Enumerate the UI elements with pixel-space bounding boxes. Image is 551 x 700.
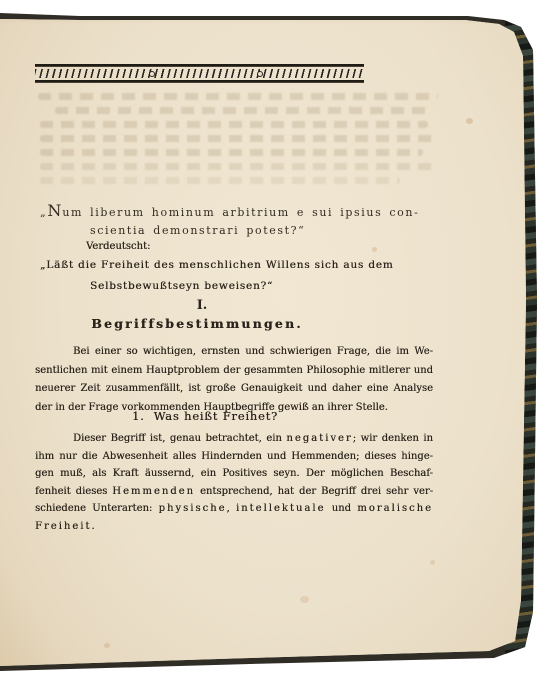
epigraph-latin-line1: „Num liberum hominum arbitrium e sui ips… [40,201,419,220]
ornament-rule-top [35,64,364,67]
line-text: Dieser Begriff ist, genau betrachtet, ei… [73,433,286,444]
foxing-spot [430,560,435,565]
subsection-number: 1. [132,409,145,423]
body-line: Freiheit. [35,518,433,536]
emphasis-text: intellektuale [236,503,326,514]
body-line: Dieser Begriff ist, genau betrachtet, ei… [35,430,433,448]
body-line: sentlichen mit einem Hauptproblem der ge… [35,362,433,380]
body-line: neuerer Zeit zusammenfällt, ist große Ge… [35,380,433,398]
photo-background: „Num liberum hominum arbitrium e sui ips… [0,0,551,700]
bleedthrough-line [40,135,435,142]
body-line: Bei einer so wichtigen, ernsten und schw… [35,343,433,361]
line-text: entsprechend, hat der Begriff drei sehr … [195,486,433,497]
epigraph-german-line1: „Läßt die Freiheit des menschlichen Will… [40,259,394,271]
line-text: fenheit dieses [35,486,112,497]
foxing-spot [300,596,309,603]
ornament-ring-icon [149,71,155,77]
ornament-ring-icon [257,71,263,77]
foxing-spot [372,247,377,252]
emphasis-text: moralische [357,503,433,514]
ornament-rule-bottom [35,80,364,83]
epigraph-german-line2: Selbstbewußtseyn beweisen?“ [90,280,273,292]
latin-initial: N [47,201,62,220]
translation-label: Verdeutscht: [86,241,150,252]
line-text: , [227,503,236,514]
line-text: und [325,503,357,514]
bleedthrough-line [40,163,438,170]
bleedthrough-line [40,177,400,184]
head-ornament [35,64,364,83]
body-line: ihm nur die Abwesenheit alles Hindernden… [35,448,433,466]
emphasis-text: negativer [286,433,352,444]
emphasis-text: Hemmenden [112,486,195,497]
bleedthrough-line [40,121,428,128]
section-title: Begriffsbestimmungen. [91,316,303,331]
section-number: I. [197,298,208,313]
body-line: gen muß, als Kraft äussernd, ein Positiv… [35,465,433,483]
line-text: ; wir denken in [353,433,433,444]
ornament-wave [35,69,364,78]
bleedthrough-line [38,93,438,100]
body-line: fenheit dieses Hemmenden entsprechend, h… [35,483,433,501]
foxing-spot [466,118,473,124]
bleedthrough-line [55,107,427,114]
book-page: „Num liberum hominum arbitrium e sui ips… [0,0,551,700]
line-text: schiedene Unterarten: [35,503,159,514]
emphasis-text: physische [159,503,227,514]
bleedthrough-line [40,149,423,156]
subsection-heading: 1.Was heißt Freihet? [132,409,278,423]
foxing-spot [104,643,110,648]
subsection-title: Was heißt Freihet? [154,409,278,423]
body-line: schiedene Unterarten: physische, intelle… [35,500,433,518]
latin-line1-text: um liberum hominum arbitrium e sui ipsiu… [62,206,419,219]
epigraph-latin-line2: scientia demonstrari potest?“ [90,224,305,237]
